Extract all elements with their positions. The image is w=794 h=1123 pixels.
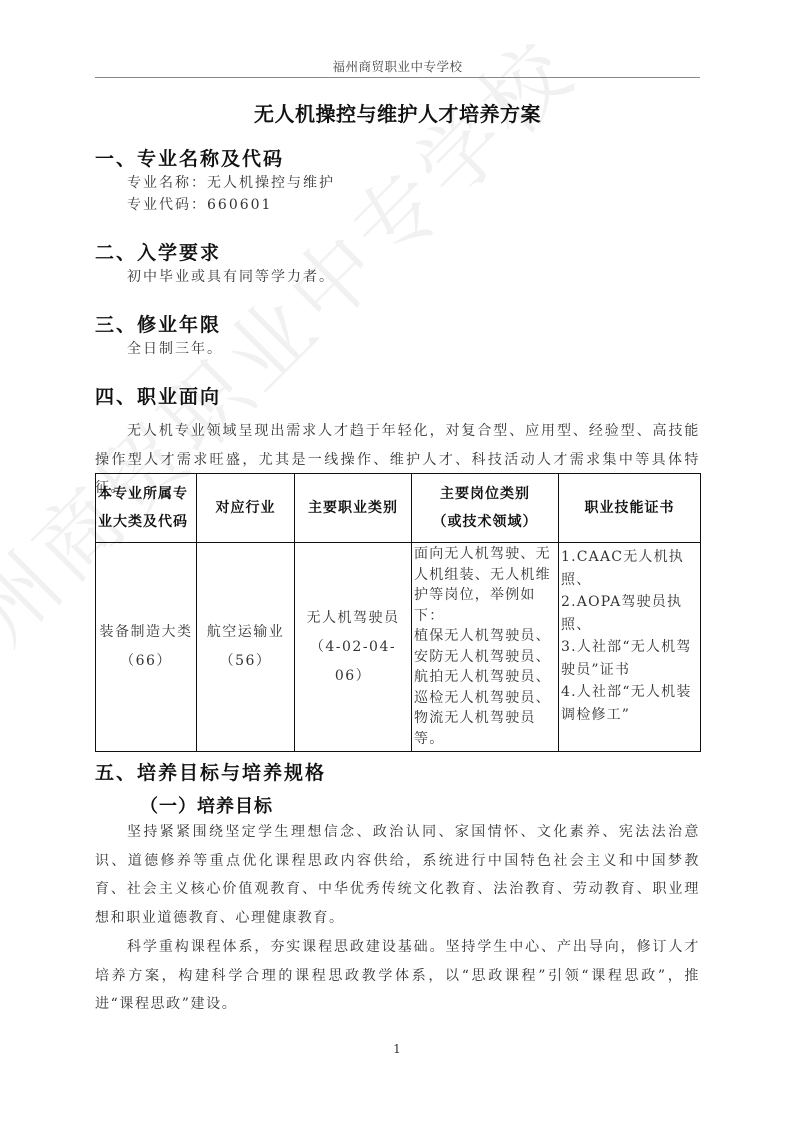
document-title: 无人机操控与维护人才培养方案 <box>95 98 700 127</box>
major-name-line: 专业名称：无人机操控与维护 <box>127 172 335 192</box>
section-heading-training-objectives: 五、培养目标与培养规格 <box>95 758 326 785</box>
duration-text: 全日制三年。 <box>127 338 223 358</box>
header-positions: 主要岗位类别 （或技术领域） <box>412 474 559 543</box>
header-divider <box>95 77 700 78</box>
running-header-school-name: 福州商贸职业中专学校 <box>95 57 700 75</box>
table-header-row: 本专业所属专 业大类及代码 对应行业 主要职业类别 主要岗位类别 （或技术领域）… <box>96 474 701 543</box>
document-page: 福州商贸职业中专学校 福州商贸职业中专学校 无人机操控与维护人才培养方案 一、专… <box>0 0 794 1123</box>
header-occupation: 主要职业类别 <box>295 474 412 543</box>
section-heading-major-name-code: 一、专业名称及代码 <box>95 144 284 171</box>
major-code-line: 专业代码：660601 <box>127 194 272 214</box>
cell-certificates: 1.CAAC无人机执照、 2.AOPA驾驶员执照、 3.人社部“无人机驾 驶员”… <box>559 543 701 752</box>
objectives-paragraph-1: 坚持紧紧围绕坚定学生理想信念、政治认同、家国情怀、文化素养、宪法法治意识、道德修… <box>95 818 700 932</box>
table-row: 装备制造大类 （66） 航空运输业 （56） 无人机驾驶员 （4-02-04-0… <box>96 543 701 752</box>
section-heading-admission: 二、入学要求 <box>95 238 221 265</box>
career-orientation-table: 本专业所属专 业大类及代码 对应行业 主要职业类别 主要岗位类别 （或技术领域）… <box>95 473 701 752</box>
header-certificates: 职业技能证书 <box>559 474 701 543</box>
page-number: 1 <box>0 1042 794 1056</box>
objectives-paragraph-2: 科学重构课程体系，夯实课程思政建设基础。坚持学生中心、产出导向，修订人才培养方案… <box>95 933 700 1019</box>
admission-requirement-text: 初中毕业或具有同等学力者。 <box>127 266 335 286</box>
subsection-heading-objectives: （一）培养目标 <box>140 792 273 818</box>
cell-occupation: 无人机驾驶员 （4-02-04-06） <box>295 543 412 752</box>
cell-industry: 航空运输业 （56） <box>197 543 295 752</box>
header-industry: 对应行业 <box>197 474 295 543</box>
section-heading-duration: 三、修业年限 <box>95 310 221 337</box>
header-major-category: 本专业所属专 业大类及代码 <box>96 474 197 543</box>
cell-positions: 面向无人机驾驶、无 人机组装、无人机维 护等岗位，举例如下： 植保无人机驾驶员、… <box>412 543 559 752</box>
section-heading-career-orientation: 四、职业面向 <box>95 382 221 409</box>
cell-major-category: 装备制造大类 （66） <box>96 543 197 752</box>
